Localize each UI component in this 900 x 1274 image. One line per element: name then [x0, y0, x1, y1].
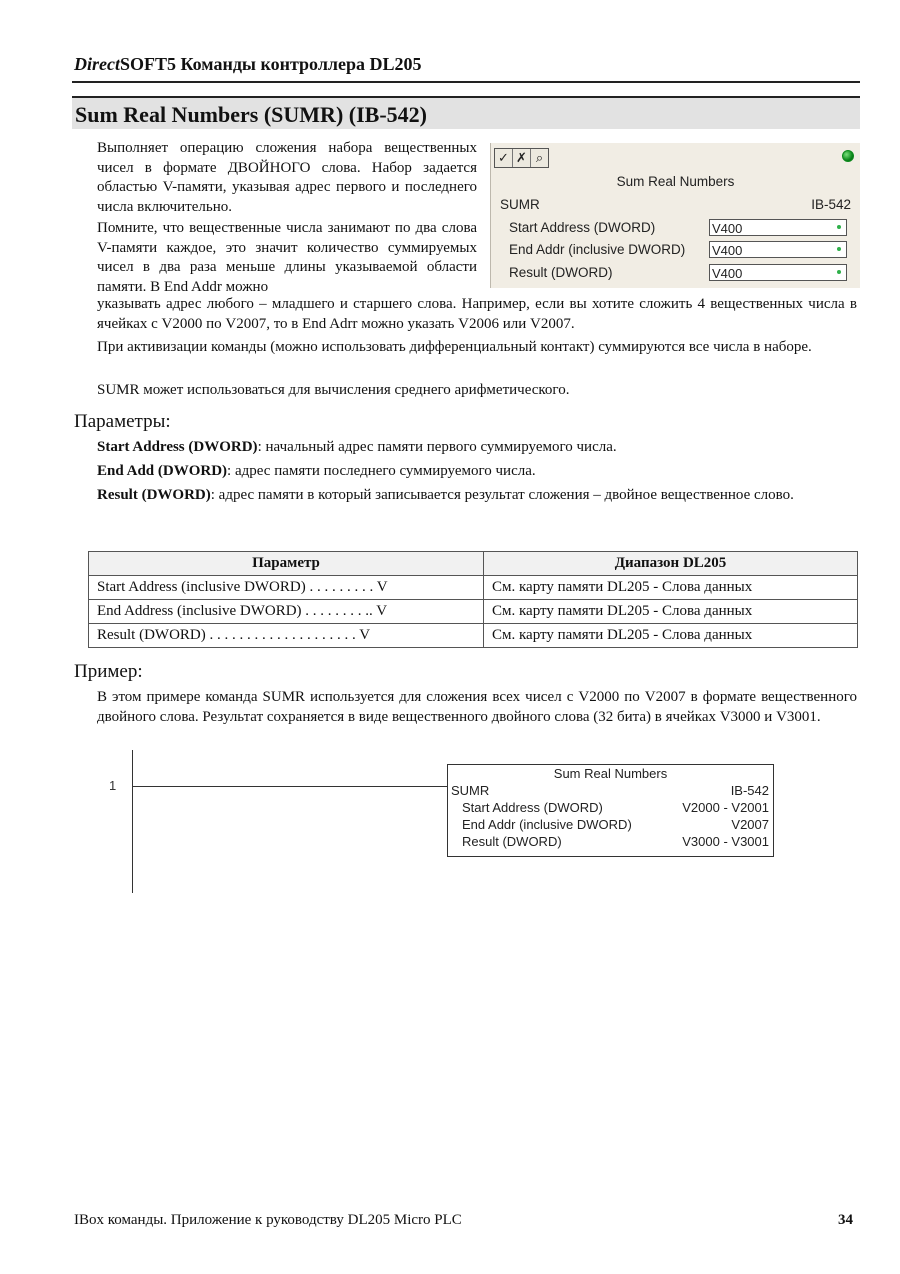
intro-paragraph-2-continued: указывать адрес любого – младшего и стар…	[97, 295, 857, 334]
param-desc: : адрес памяти последнего суммируемого ч…	[227, 463, 536, 479]
intro-paragraph-2: Помните, что вещественные числа занимают…	[97, 219, 477, 297]
table-row: End Address (inclusive DWORD) . . . . . …	[89, 600, 858, 624]
ibox-title: Sum Real Numbers	[448, 766, 773, 781]
end-addr-label: End Addr (inclusive DWORD)	[509, 242, 685, 257]
ibox-param-value: V3000 - V3001	[682, 834, 769, 849]
header-rule	[72, 81, 860, 83]
ladder-ibox: Sum Real Numbers SUMR IB-542 Start Addre…	[447, 764, 774, 857]
footer-text: IBox команды. Приложение к руководству D…	[74, 1212, 462, 1229]
column-header-parameter: Параметр	[89, 552, 484, 576]
result-value: V400	[712, 266, 742, 281]
table-row: Result (DWORD) . . . . . . . . . . . . .…	[89, 624, 858, 648]
param-desc: : адрес памяти в который записывается ре…	[211, 487, 794, 503]
intro-paragraph-4: SUMR может использоваться для вычисления…	[97, 381, 857, 401]
cancel-icon[interactable]: ✗	[513, 149, 531, 167]
param-name: Result (DWORD)	[97, 487, 211, 503]
table-header-row: Параметр Диапазон DL205	[89, 552, 858, 576]
ibox-id: IB-542	[731, 783, 769, 798]
example-paragraph: В этом примере команда SUMR используется…	[97, 688, 857, 727]
param-desc: : начальный адрес памяти первого суммиру…	[258, 439, 617, 455]
end-addr-value: V400	[712, 243, 742, 258]
result-label: Result (DWORD)	[509, 265, 613, 280]
ibox-param-label: Result (DWORD)	[462, 834, 562, 849]
parameters-heading: Параметры:	[74, 411, 171, 433]
rung-number: 1	[109, 778, 116, 793]
running-header: DirectSOFT5 Команды контроллера DL205	[74, 54, 422, 75]
table-cell: Result (DWORD) . . . . . . . . . . . . .…	[89, 624, 484, 648]
brand-italic: Direct	[74, 54, 120, 74]
intro-paragraph-1: Выполняет операцию сложения набора вещес…	[97, 139, 477, 217]
param-end-add: End Add (DWORD): адрес памяти последнего…	[97, 462, 857, 482]
ibox-param-label: End Addr (inclusive DWORD)	[462, 817, 632, 832]
valid-dot-icon	[837, 247, 841, 251]
page-title: Sum Real Numbers (SUMR) (IB-542)	[75, 101, 427, 129]
result-input[interactable]: V400	[709, 264, 847, 281]
check-icon[interactable]: ✓	[495, 149, 513, 167]
param-result: Result (DWORD): адрес памяти в который з…	[97, 486, 857, 506]
table-cell: См. карту памяти DL205 - Слова данных	[484, 600, 858, 624]
param-name: Start Address (DWORD)	[97, 439, 258, 455]
dialog-title: Sum Real Numbers	[491, 174, 860, 189]
ibox-param-value: V2007	[731, 817, 769, 832]
status-led-icon	[842, 150, 854, 162]
table-row: Start Address (inclusive DWORD) . . . . …	[89, 576, 858, 600]
end-addr-input[interactable]: V400	[709, 241, 847, 258]
dialog-toolbar: ✓ ✗ ⌕	[494, 148, 549, 168]
brand-rest: SOFT5 Команды контроллера DL205	[120, 54, 422, 74]
start-address-value: V400	[712, 221, 742, 236]
ibox-dialog: ✓ ✗ ⌕ Sum Real Numbers SUMR IB-542 Start…	[490, 143, 860, 288]
param-name: End Add (DWORD)	[97, 463, 227, 479]
browse-icon[interactable]: ⌕	[531, 149, 548, 167]
param-start-address: Start Address (DWORD): начальный адрес п…	[97, 438, 857, 458]
valid-dot-icon	[837, 270, 841, 274]
ladder-left-rail	[132, 750, 133, 893]
table-cell: Start Address (inclusive DWORD) . . . . …	[89, 576, 484, 600]
table-cell: См. карту памяти DL205 - Слова данных	[484, 576, 858, 600]
dialog-ibox-id: IB-542	[811, 197, 851, 212]
ibox-mnemonic: SUMR	[451, 783, 489, 798]
start-address-label: Start Address (DWORD)	[509, 220, 655, 235]
rung-wire	[133, 786, 448, 787]
ibox-param-label: Start Address (DWORD)	[462, 800, 603, 815]
dialog-mnemonic: SUMR	[500, 197, 540, 212]
table-cell: См. карту памяти DL205 - Слова данных	[484, 624, 858, 648]
table-cell: End Address (inclusive DWORD) . . . . . …	[89, 600, 484, 624]
example-heading: Пример:	[74, 661, 143, 683]
valid-dot-icon	[837, 225, 841, 229]
start-address-input[interactable]: V400	[709, 219, 847, 236]
intro-paragraph-3: При активизации команды (можно использов…	[97, 338, 857, 358]
parameter-range-table: Параметр Диапазон DL205 Start Address (i…	[88, 551, 858, 648]
ibox-param-value: V2000 - V2001	[682, 800, 769, 815]
column-header-range: Диапазон DL205	[484, 552, 858, 576]
page-number: 34	[838, 1212, 853, 1229]
